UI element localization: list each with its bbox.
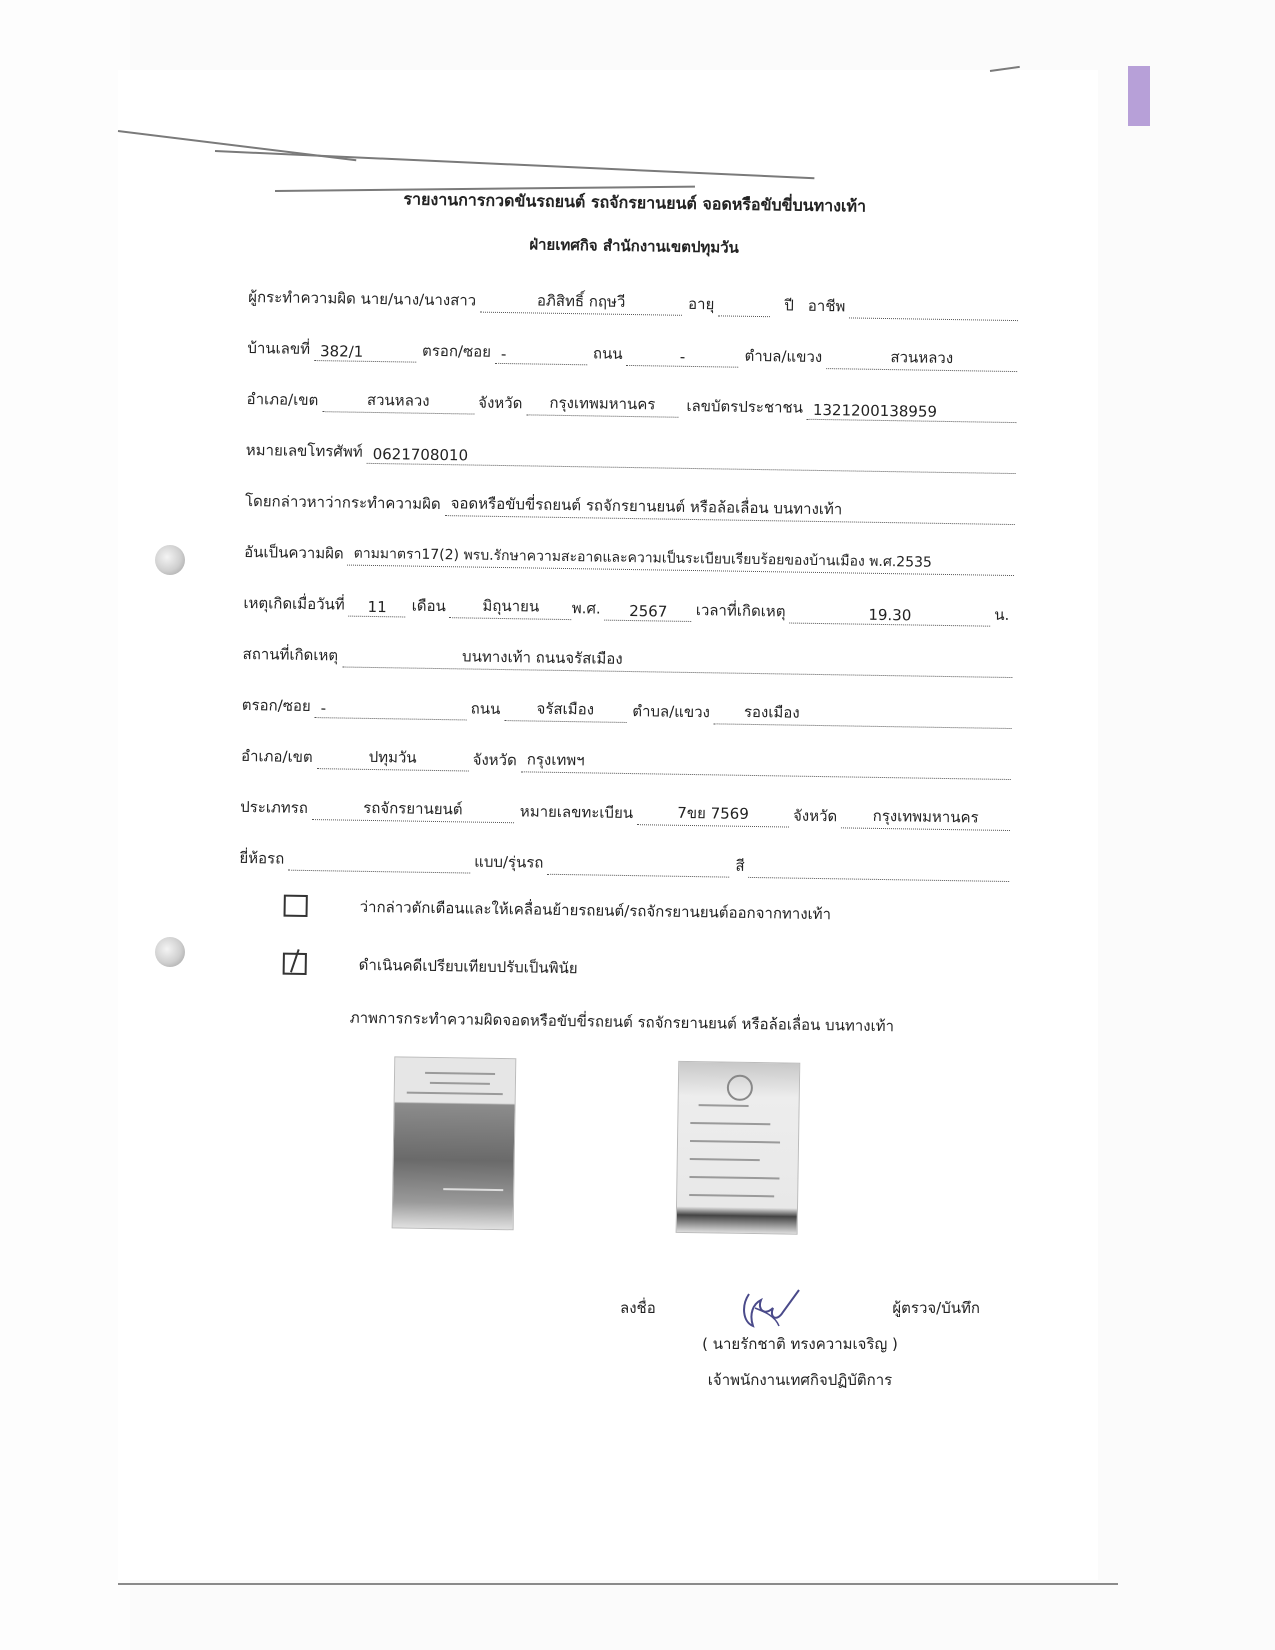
signer-role: ผู้ตรวจ/บันทึก bbox=[892, 1296, 980, 1320]
house-no-field[interactable]: 382/1 bbox=[314, 342, 416, 363]
label: อำเภอ/เขต bbox=[246, 387, 322, 412]
signature-block: ลงชื่อ ผู้ตรวจ/บันทึก ( นายรักชาติ ทรงคว… bbox=[620, 1290, 980, 1398]
label: แบบ/รุ่นรถ bbox=[474, 850, 548, 875]
province-field[interactable]: กรุงเทพมหานคร bbox=[526, 390, 678, 417]
seal-icon bbox=[727, 1075, 753, 1101]
incident-district-field[interactable]: ปทุมวัน bbox=[316, 744, 468, 771]
id-card-field[interactable]: 1321200138959 bbox=[807, 401, 1017, 423]
background-object bbox=[1128, 66, 1150, 126]
label: จังหวัด bbox=[793, 804, 842, 829]
report-form: รายงานการกวดขันรถยนต์ รถจักรยานยนต์ จอดห… bbox=[234, 185, 1020, 1230]
brand-field[interactable] bbox=[288, 870, 470, 874]
label: ถนน bbox=[471, 697, 505, 722]
evidence-photos bbox=[234, 1028, 1007, 1230]
label: โดยกล่าวหาว่ากระทำความผิด bbox=[245, 489, 445, 516]
model-field[interactable] bbox=[547, 874, 729, 878]
label: อันเป็นความผิด bbox=[244, 540, 348, 566]
plate-field[interactable]: 7ขย 7569 bbox=[637, 800, 789, 827]
action-label: ว่ากล่าวตักเตือนและให้เคลื่อนย้ายรถยนต์/… bbox=[359, 895, 831, 926]
label: ถนน bbox=[593, 341, 627, 366]
label: เดือน bbox=[412, 594, 451, 619]
offender-name-field[interactable]: อภิสิทธิ์ กฤษวี bbox=[480, 288, 682, 316]
label: เลขบัตรประชาชน bbox=[686, 394, 807, 420]
action-fine-option[interactable]: ดำเนินคดีเปรียบเทียบปรับเป็นพินัย bbox=[237, 934, 1008, 1004]
action-label: ดำเนินคดีเปรียบเทียบปรับเป็นพินัย bbox=[359, 953, 578, 980]
paper-edge bbox=[118, 1583, 1118, 1585]
year-field[interactable]: 2567 bbox=[605, 602, 692, 622]
label: หมายเลขโทรศัพท์ bbox=[246, 438, 367, 464]
department-heading: ฝ่ายเทศกิจ สำนักงานเขตปทุมวัน bbox=[249, 228, 1019, 264]
district-field[interactable]: สวนหลวง bbox=[322, 387, 474, 414]
label: น. bbox=[994, 603, 1013, 627]
label: ตรอก/ซอย bbox=[242, 693, 315, 718]
label: จังหวัด bbox=[472, 748, 521, 773]
vehicle-province-field[interactable]: กรุงเทพมหานคร bbox=[841, 803, 1010, 831]
evidence-photo-ticket[interactable] bbox=[676, 1061, 801, 1235]
day-field[interactable]: 11 bbox=[349, 598, 406, 618]
label: บ้านเลขที่ bbox=[247, 336, 314, 361]
label: เหตุเกิดเมื่อวันที่ bbox=[243, 591, 349, 617]
road-field[interactable]: - bbox=[626, 347, 738, 368]
label: พ.ศ. bbox=[572, 596, 605, 621]
label: สี bbox=[735, 854, 749, 878]
incident-road-field[interactable]: จรัสเมือง bbox=[504, 696, 626, 723]
vehicle-type-field[interactable]: รถจักรยานยนต์ bbox=[312, 795, 514, 823]
punch-hole bbox=[155, 937, 185, 967]
label: ตรอก/ซอย bbox=[422, 339, 495, 364]
incident-alley-field[interactable]: - bbox=[315, 699, 467, 720]
label: อายุ bbox=[688, 292, 719, 316]
signature-icon bbox=[739, 1286, 809, 1330]
punch-hole bbox=[155, 545, 185, 575]
label: ตำบล/แขวง bbox=[744, 344, 826, 369]
background bbox=[0, 0, 130, 1650]
color-field[interactable] bbox=[748, 877, 1009, 882]
label: เวลาที่เกิดเหตุ bbox=[696, 598, 790, 623]
incident-subdistrict-field[interactable]: รองเมือง bbox=[714, 699, 1012, 729]
label: ผู้กระทำความผิด นาย/นาง/นางสาว bbox=[248, 285, 480, 313]
label: อาชีพ bbox=[808, 294, 850, 319]
label: สถานที่เกิดเหตุ bbox=[242, 642, 342, 668]
evidence-photo-scene[interactable] bbox=[392, 1056, 517, 1230]
label: หมายเลขทะเบียน bbox=[520, 799, 638, 825]
month-field[interactable]: มิถุนายน bbox=[450, 593, 572, 620]
label: ประเภทรถ bbox=[240, 795, 312, 820]
signer-name: ( นายรักชาติ ทรงความเจริญ ) bbox=[620, 1326, 980, 1362]
time-field[interactable]: 19.30 bbox=[789, 605, 990, 627]
checkbox-empty-icon[interactable] bbox=[284, 895, 308, 917]
signer-position: เจ้าพนักงานเทศกิจปฏิบัติการ bbox=[620, 1362, 980, 1398]
label: ยี่ห้อรถ bbox=[239, 846, 288, 871]
checkbox-checked-icon[interactable] bbox=[283, 953, 307, 975]
label: ตำบล/แขวง bbox=[632, 699, 714, 724]
label: จังหวัด bbox=[478, 391, 527, 416]
label: ปี bbox=[784, 293, 798, 317]
sign-label: ลงชื่อ bbox=[620, 1296, 656, 1320]
alley-field[interactable]: - bbox=[495, 345, 587, 365]
label: อำเภอ/เขต bbox=[241, 744, 317, 769]
subdistrict-field[interactable]: สวนหลวง bbox=[826, 344, 1018, 372]
